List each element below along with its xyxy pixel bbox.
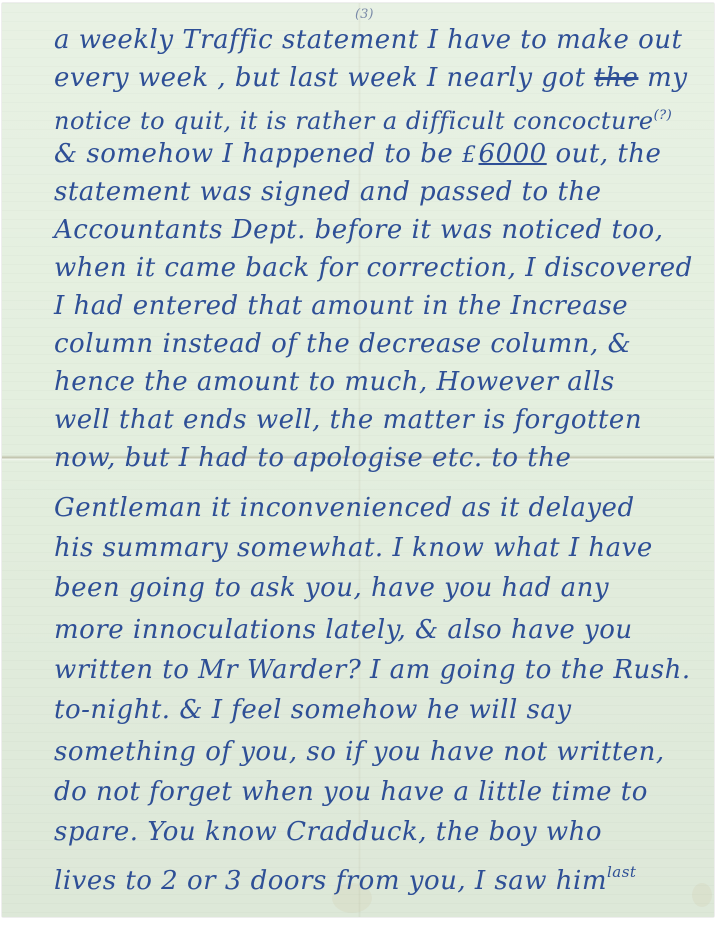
handwritten-line-9: column instead of the decrease column, & bbox=[54, 329, 631, 359]
line-text: more innoculations lately, & also have y… bbox=[54, 615, 633, 645]
handwritten-line-12: now, but I had to apologise etc. to the bbox=[54, 443, 571, 473]
line-text: been going to ask you, have you had any bbox=[54, 573, 609, 603]
superscript-annotation: (?) bbox=[654, 108, 673, 123]
handwritten-line-14: his summary somewhat. I know what I have bbox=[54, 533, 653, 563]
handwritten-line-1: a weekly Traffic statement I have to mak… bbox=[54, 25, 683, 55]
handwritten-line-16: more innoculations lately, & also have y… bbox=[54, 615, 633, 645]
line-text: something of you, so if you have not wri… bbox=[54, 737, 665, 767]
handwritten-line-17: written to Mr Warder? I am going to the … bbox=[54, 655, 691, 685]
line-text: to-night. & I feel somehow he will say bbox=[54, 695, 572, 725]
handwritten-line-22: lives to 2 or 3 doors from you, I saw hi… bbox=[54, 857, 636, 896]
line-text: every week , but last week I nearly got bbox=[54, 63, 594, 93]
handwritten-line-7: when it came back for correction, I disc… bbox=[54, 253, 693, 283]
line-text: column instead of the decrease column, & bbox=[54, 329, 631, 359]
line-text: written to Mr Warder? I am going to the … bbox=[54, 655, 691, 685]
line-text: spare. You know Cradduck, the boy who bbox=[54, 817, 602, 847]
line-text: do not forget when you have a little tim… bbox=[54, 777, 648, 807]
paper-stain bbox=[692, 883, 712, 907]
superscript-word: last bbox=[607, 863, 636, 881]
page-number: (3) bbox=[355, 7, 373, 22]
handwritten-line-11: well that ends well, the matter is forgo… bbox=[54, 405, 642, 435]
handwritten-line-2: every week , but last week I nearly got … bbox=[54, 63, 688, 93]
handwritten-line-13: Gentleman it inconvenienced as it delaye… bbox=[54, 493, 635, 523]
line-text: a weekly Traffic statement I have to mak… bbox=[54, 25, 683, 55]
line-text: when it came back for correction, I disc… bbox=[54, 253, 693, 283]
handwritten-line-5: statement was signed and passed to the bbox=[54, 177, 602, 207]
handwritten-line-18: to-night. & I feel somehow he will say bbox=[54, 695, 572, 725]
line-text: Gentleman it inconvenienced as it delaye… bbox=[54, 493, 635, 523]
handwritten-line-19: something of you, so if you have not wri… bbox=[54, 737, 665, 767]
handwritten-line-8: I had entered that amount in the Increas… bbox=[54, 291, 628, 321]
line-text: I had entered that amount in the Increas… bbox=[54, 291, 628, 321]
handwritten-line-15: been going to ask you, have you had any bbox=[54, 573, 609, 603]
pound-sign: £ bbox=[462, 141, 477, 171]
line-text: out, the bbox=[547, 139, 662, 169]
line-text: notice to quit, it is rather a difficult… bbox=[54, 107, 654, 135]
line-text: now, but I had to apologise etc. to the bbox=[54, 443, 571, 473]
line-text: my bbox=[638, 63, 687, 93]
line-text: & somehow I happened to be bbox=[54, 139, 462, 169]
line-text: hence the amount to much, However alls bbox=[54, 367, 615, 397]
line-text: well that ends well, the matter is forgo… bbox=[54, 405, 642, 435]
handwritten-line-4: & somehow I happened to be £6000 out, th… bbox=[54, 139, 661, 171]
handwritten-line-6: Accountants Dept. before it was noticed … bbox=[54, 215, 663, 245]
line-text: lives to 2 or 3 doors from you, I saw hi… bbox=[54, 866, 607, 896]
underlined-amount: 6000 bbox=[479, 139, 547, 169]
handwritten-line-20: do not forget when you have a little tim… bbox=[54, 777, 648, 807]
struck-out-word: the bbox=[594, 63, 638, 93]
handwritten-line-10: hence the amount to much, However alls bbox=[54, 367, 615, 397]
handwritten-line-21: spare. You know Cradduck, the boy who bbox=[54, 817, 602, 847]
letter-page: (3) a weekly Traffic statement I have to… bbox=[2, 3, 714, 917]
handwritten-line-3: notice to quit, it is rather a difficult… bbox=[54, 101, 672, 136]
line-text: statement was signed and passed to the bbox=[54, 177, 602, 207]
line-text: his summary somewhat. I know what I have bbox=[54, 533, 653, 563]
line-text: Accountants Dept. before it was noticed … bbox=[54, 215, 663, 245]
